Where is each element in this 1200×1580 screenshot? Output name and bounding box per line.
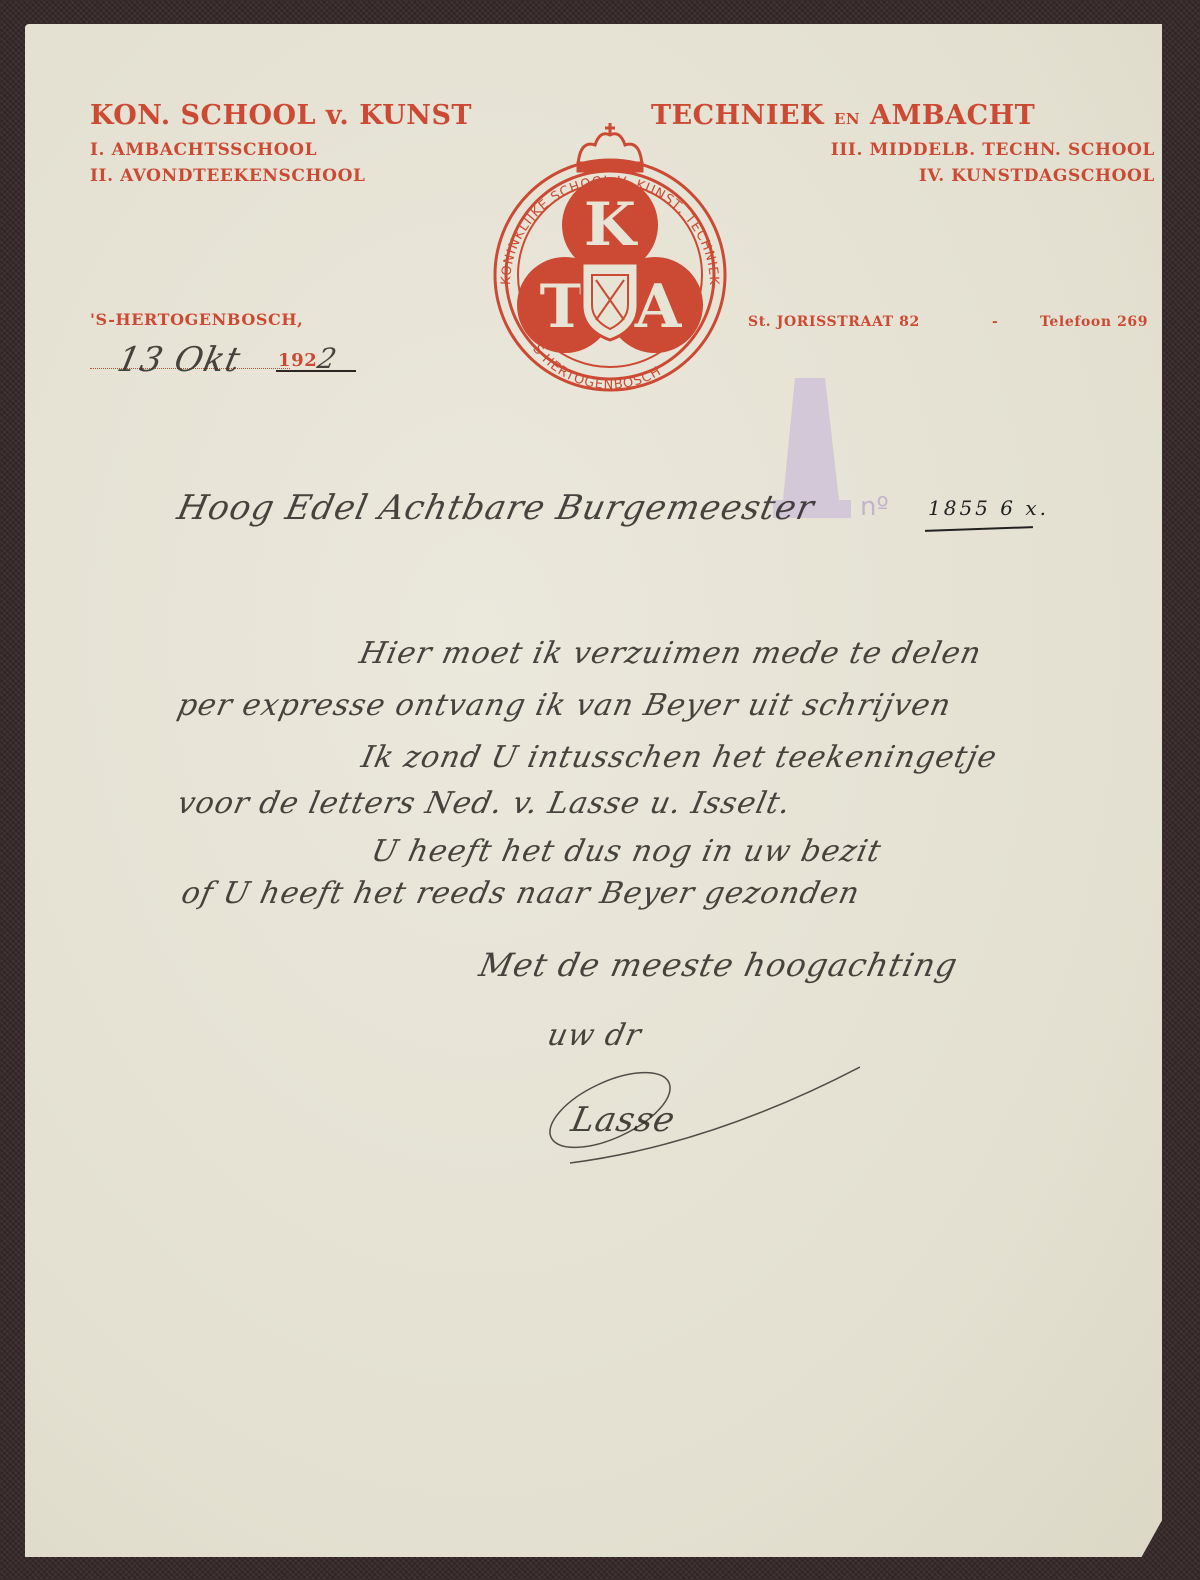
- school-item-4: IV. KUNSTDAGSCHOOL: [919, 166, 1155, 186]
- address-separator: -: [992, 314, 998, 330]
- date-underline: [276, 370, 356, 372]
- body-line-6: of U heeft het reeds naar Beyer gezonden: [178, 876, 863, 911]
- letterhead-phone: Telefoon 269: [1040, 314, 1148, 330]
- stamp-number-label: nº: [860, 492, 889, 522]
- body-line-5: U heeft het dus nog in uw bezit: [368, 834, 884, 869]
- title-word-ambacht: AMBACHT: [870, 100, 1035, 131]
- signature-flourish: [530, 1055, 860, 1165]
- title-word-en: EN: [834, 110, 860, 128]
- letterhead-title-left: KON. SCHOOL v. KUNST: [90, 100, 472, 131]
- svg-text:T: T: [540, 272, 585, 342]
- closing-uw: uw dr: [544, 1018, 645, 1053]
- registry-number: 1855 6 x.: [928, 496, 1049, 520]
- body-line-3: Ik zond U intusschen het teekeningetje: [358, 740, 1000, 775]
- school-emblem: K T A KONINKLIJKE SCHOOL V. KUNST, TECHN…: [480, 115, 740, 395]
- school-item-3: III. MIDDELB. TECHN. SCHOOL: [831, 140, 1155, 160]
- crown-crest-icon: K T A KONINKLIJKE SCHOOL V. KUNST, TECHN…: [480, 115, 740, 395]
- body-line-2: per expresse ontvang ik van Beyer uit sc…: [174, 688, 954, 723]
- body-line-4: voor de letters Ned. v. Lasse u. Isselt.: [174, 786, 794, 821]
- svg-text:A: A: [634, 272, 683, 342]
- letterhead-city: 'S-HERTOGENBOSCH,: [90, 310, 303, 329]
- date-year-prefix: 192: [278, 350, 317, 371]
- school-item-1: I. AMBACHTSSCHOOL: [90, 140, 317, 160]
- svg-text:K: K: [584, 190, 638, 260]
- closing-greeting: Met de meeste hoogachting: [476, 946, 961, 984]
- letterhead-address: St. JORISSTRAAT 82: [748, 314, 920, 330]
- handwritten-date: 13 Okt: [114, 340, 245, 380]
- school-item-2: II. AVONDTEEKENSCHOOL: [90, 166, 366, 186]
- salutation: Hoog Edel Achtbare Burgemeester: [174, 488, 818, 528]
- body-line-1: Hier moet ik verzuimen mede te delen: [356, 636, 984, 671]
